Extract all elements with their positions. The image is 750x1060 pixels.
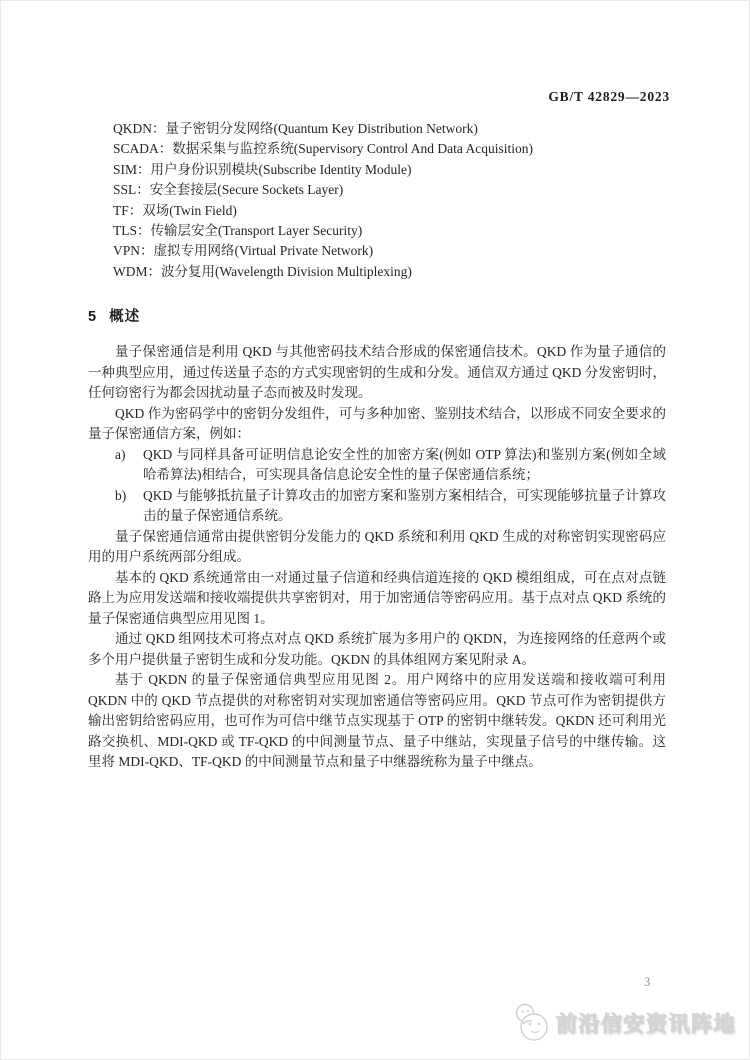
paragraph: QKD 作为密码学中的密钥分发组件，可与多种加密、鉴别技术结合，以形成不同安全要… [88,404,666,445]
abbreviation-item: SCADA：数据采集与监控系统(Supervisory Control And … [113,139,673,159]
abbreviation-item: SIM：用户身份识别模块(Subscribe Identity Module) [113,160,673,180]
standard-number: GB/T 42829—2023 [548,89,670,105]
list-item-b: b) QKD 与能够抵抗量子计算攻击的加密方案和鉴别方案相结合，可实现能够抗量子… [88,486,666,527]
list-item-text: QKD 与能够抵抗量子计算攻击的加密方案和鉴别方案相结合，可实现能够抗量子计算攻… [143,488,666,524]
abbreviation-item: SSL：安全套接层(Secure Sockets Layer) [113,180,673,200]
list-item-text: QKD 与同样具备可证明信息论安全性的加密方案(例如 OTP 算法)和鉴别方案(… [143,447,666,483]
page-number: 3 [644,975,650,990]
list-marker: b) [115,486,126,507]
section-heading: 5概述 [88,305,140,326]
paragraph: 基本的 QKD 系统通常由一对通过量子信道和经典信道连接的 QKD 模组组成，可… [88,568,666,630]
document-page: GB/T 42829—2023 QKDN：量子密钥分发网络(Quantum Ke… [0,0,750,1060]
list-item-a: a) QKD 与同样具备可证明信息论安全性的加密方案(例如 OTP 算法)和鉴别… [88,445,666,486]
section-body: 量子保密通信是利用 QKD 与其他密码技术结合形成的保密通信技术。QKD 作为量… [88,342,666,773]
list-marker: a) [115,445,126,466]
paragraph: 基于 QKDN 的量子保密通信典型应用见图 2。用户网络中的应用发送端和接收端可… [88,670,666,773]
abbreviation-item: VPN：虚拟专用网络(Virtual Private Network) [113,241,673,261]
section-title: 概述 [109,309,140,325]
abbreviation-item: WDM：波分复用(Wavelength Division Multiplexin… [113,262,673,282]
section-number: 5 [88,309,96,325]
paragraph: 量子保密通信是利用 QKD 与其他密码技术结合形成的保密通信技术。QKD 作为量… [88,342,666,404]
abbreviation-item: TF：双场(Twin Field) [113,201,673,221]
abbreviation-item: TLS：传输层安全(Transport Layer Security) [113,221,673,241]
abbreviation-list: QKDN：量子密钥分发网络(Quantum Key Distribution N… [113,119,673,282]
paragraph: 通过 QKD 组网技术可将点对点 QKD 系统扩展为多用户的 QKDN，为连接网… [88,629,666,670]
watermark-text: 前沿信安资讯阵地 [556,1008,736,1038]
paragraph: 量子保密通信通常由提供密钥分发能力的 QKD 系统和利用 QKD 生成的对称密钥… [88,527,666,568]
watermark: 前沿信安资讯阵地 [513,1002,736,1044]
abbreviation-item: QKDN：量子密钥分发网络(Quantum Key Distribution N… [113,119,673,139]
mascot-face-icon [513,1002,551,1044]
